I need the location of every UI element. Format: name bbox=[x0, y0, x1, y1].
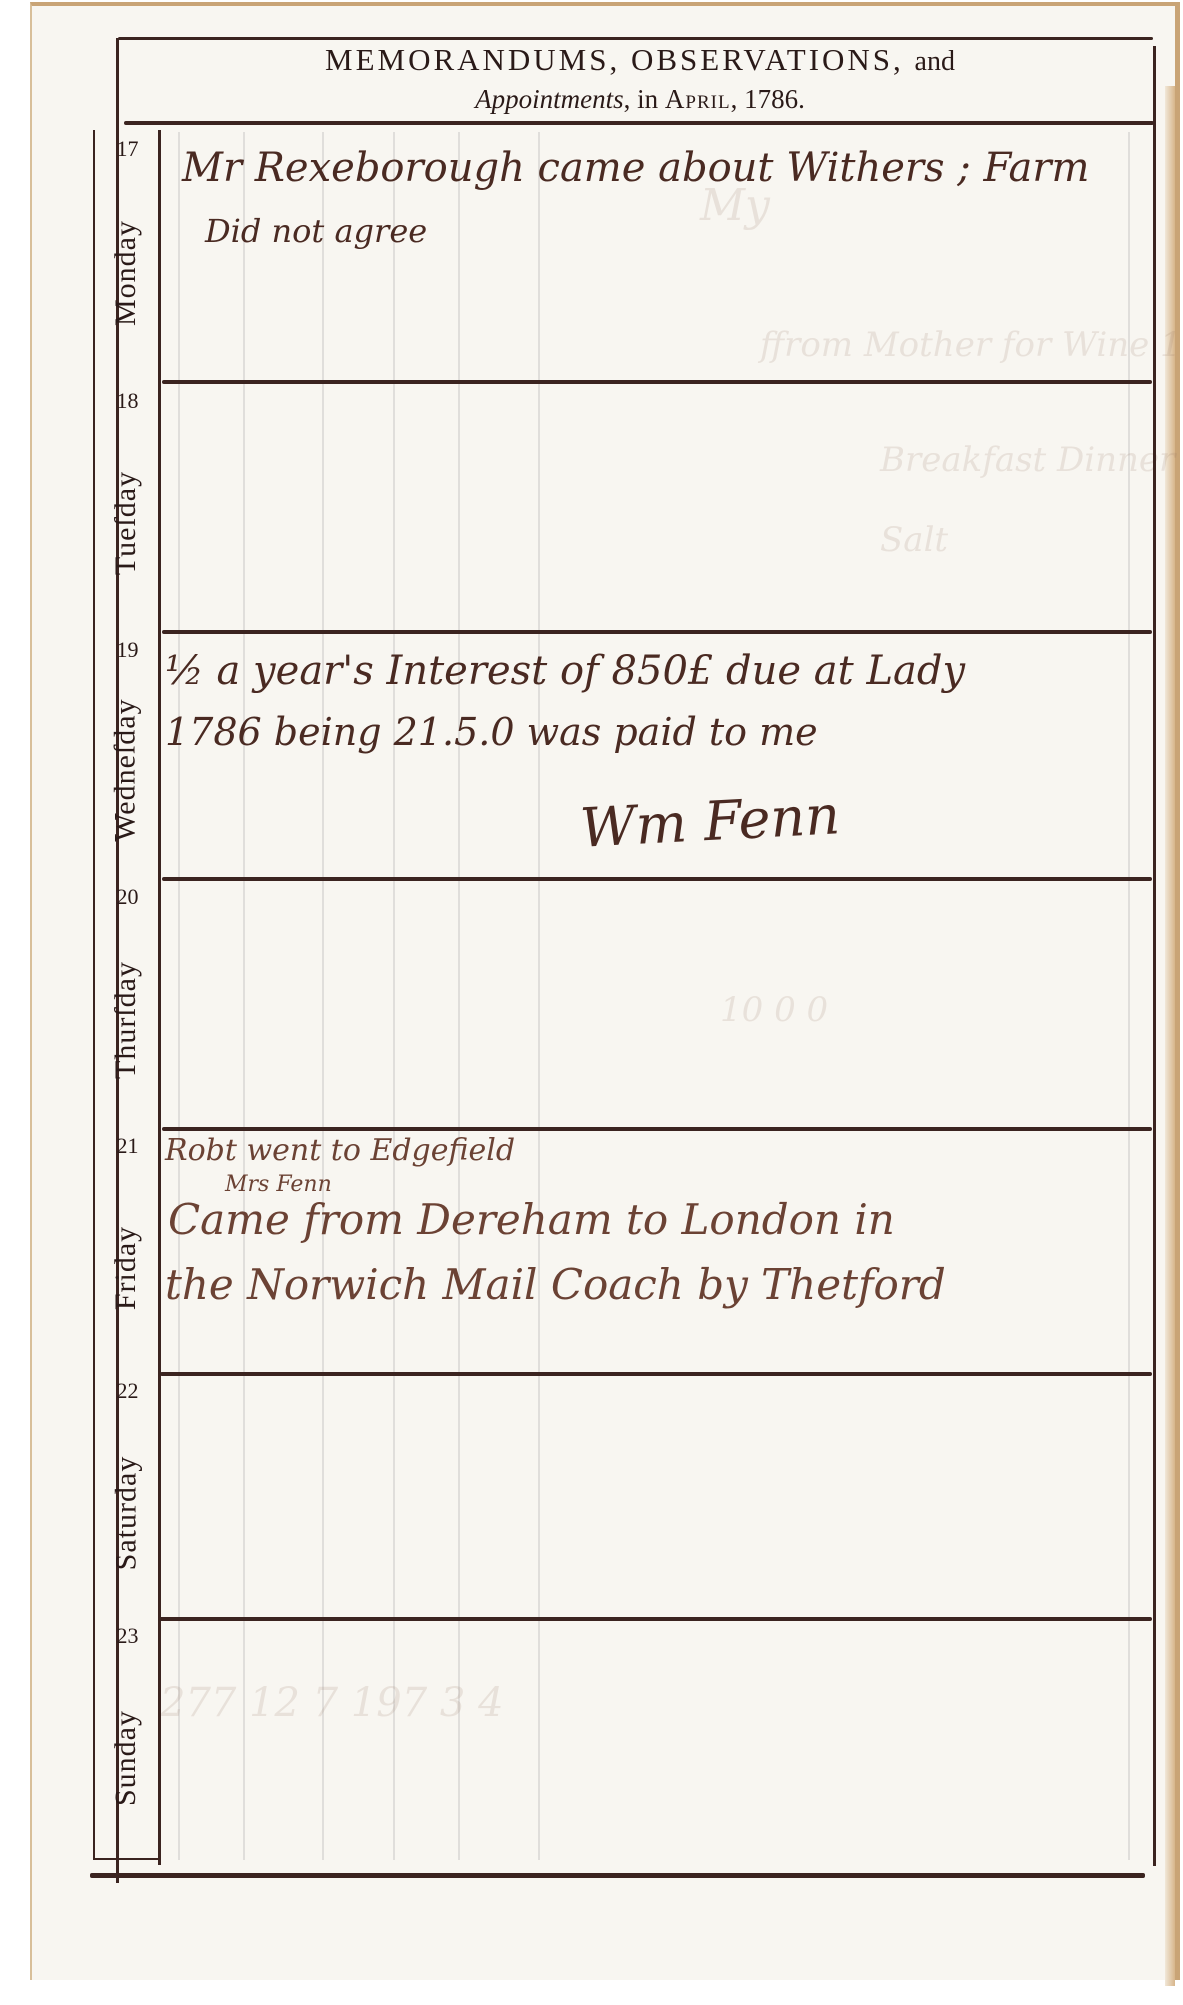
day-separator-rule bbox=[162, 630, 1152, 634]
handwritten-entry: ½ a year's Interest of 850£ due at Lady bbox=[165, 648, 965, 694]
day-number: 21 bbox=[100, 1133, 155, 1159]
handwritten-entry: Came from Dereham to London in bbox=[168, 1195, 895, 1244]
date-strip-bottom-line bbox=[93, 1858, 160, 1860]
day-separator-rule bbox=[162, 877, 1152, 881]
handwritten-entry: 1786 being 21.5.0 was paid to me bbox=[165, 710, 818, 754]
day-label: Sunday bbox=[96, 1660, 156, 1855]
bleed-through-text: Breakfast Dinner bbox=[880, 440, 1175, 480]
page-title: MEMORANDUMS, OBSERVATIONS, and bbox=[140, 42, 1140, 78]
day-number: 23 bbox=[100, 1623, 155, 1649]
page-subtitle: Appointments, in April, 1786. bbox=[140, 84, 1140, 115]
date-strip-outer-line bbox=[93, 130, 95, 1860]
handwritten-entry: Robt went to Edgefield bbox=[165, 1133, 515, 1168]
ghost-column-line bbox=[393, 132, 395, 1860]
bleed-through-text: ffrom Mother for Wine 1 1 0 bbox=[760, 325, 1183, 365]
handwritten-entry: Mr Rexeborough came about Withers ; Farm bbox=[182, 145, 1089, 191]
day-label: Thurſday bbox=[96, 915, 156, 1125]
handwritten-insertion: Mrs Fenn bbox=[225, 1172, 332, 1197]
top-rule bbox=[118, 37, 1153, 40]
day-number: 17 bbox=[100, 136, 155, 162]
day-number: 22 bbox=[100, 1378, 155, 1404]
day-label: Monday bbox=[96, 170, 156, 375]
bleed-through-text: 10 0 0 bbox=[720, 990, 828, 1030]
day-number: 20 bbox=[100, 884, 155, 910]
day-label: Tueſday bbox=[96, 420, 156, 625]
day-number: 18 bbox=[100, 388, 155, 414]
bleed-through-text: Salt bbox=[880, 520, 948, 560]
day-label: Wedneſday bbox=[96, 665, 156, 875]
ghost-column-line bbox=[1128, 132, 1130, 1860]
ghost-column-line bbox=[178, 132, 180, 1860]
title-month: April bbox=[665, 84, 731, 114]
handwritten-entry: the Norwich Mail Coach by Thetford bbox=[165, 1260, 946, 1309]
day-separator-rule bbox=[160, 1372, 1152, 1376]
bleed-through-text: 277 12 7 197 3 4 bbox=[160, 1680, 504, 1726]
title-year: , 1786. bbox=[731, 84, 805, 114]
title-main: MEMORANDUMS, OBSERVATIONS, bbox=[325, 42, 904, 77]
ghost-column-line bbox=[538, 132, 540, 1860]
title-appointments: Appointments bbox=[475, 84, 624, 114]
day-label: Friday bbox=[96, 1165, 156, 1370]
day-number: 19 bbox=[100, 637, 155, 663]
day-label: Saturday bbox=[96, 1410, 156, 1615]
title-in: , in bbox=[624, 84, 659, 114]
day-separator-rule bbox=[162, 380, 1152, 384]
date-strip-inner-line bbox=[158, 130, 161, 1865]
day-separator-rule bbox=[162, 1127, 1152, 1131]
header-bottom-rule bbox=[124, 121, 1154, 125]
ghost-column-line bbox=[322, 132, 324, 1860]
title-and: and bbox=[915, 46, 955, 77]
ghost-column-line bbox=[458, 132, 460, 1860]
handwritten-entry: Did not agree bbox=[205, 212, 427, 250]
frame-right-border bbox=[1153, 46, 1156, 1866]
page-edge bbox=[1165, 86, 1175, 1986]
ghost-column-line bbox=[243, 132, 245, 1860]
day-separator-rule bbox=[158, 1617, 1152, 1621]
bottom-rule bbox=[90, 1873, 1145, 1878]
